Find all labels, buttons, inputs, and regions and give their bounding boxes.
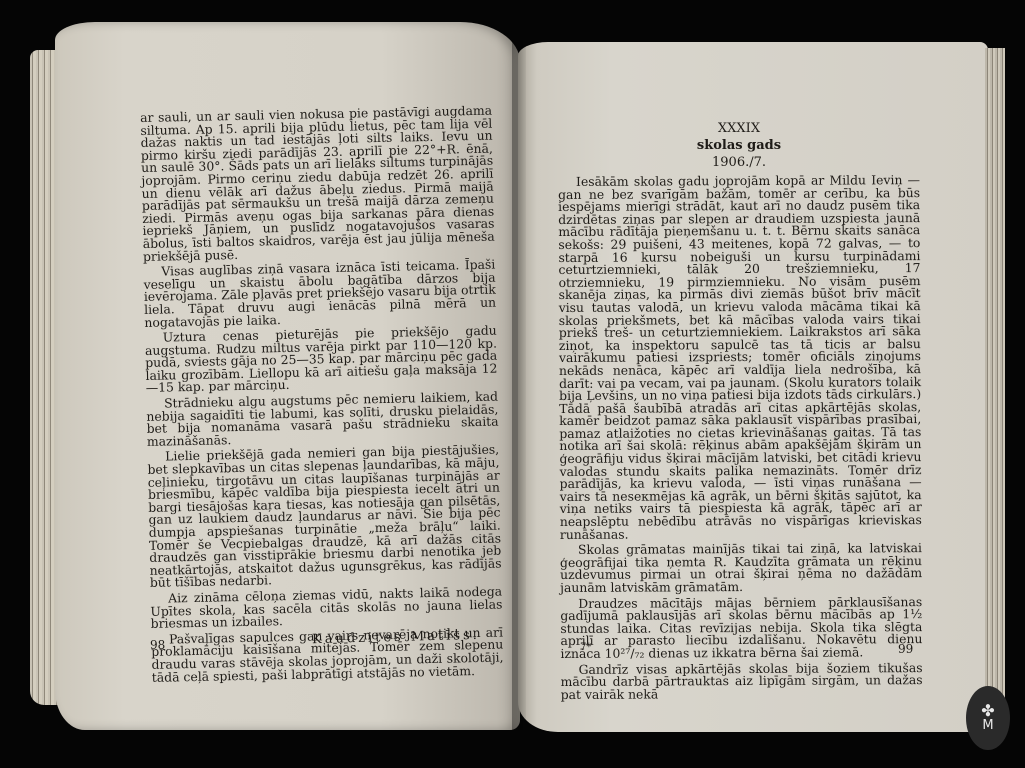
- chapter-year: 1906./7.: [558, 154, 920, 171]
- signature-mark: 7*: [580, 642, 591, 653]
- chapter-heading: XXXIX skolas gads 1906./7.: [558, 120, 920, 171]
- paragraph: ar sauli, un ar sauli vien nokusa pie pa…: [140, 105, 495, 263]
- paragraph: Strādnieku algu augstums pēc nemieru lai…: [146, 391, 499, 449]
- paragraph: Skolas grāmatas mainījās tikai tai ziņā,…: [560, 542, 922, 594]
- paragraph: Visas auglības ziņā vasara iznāca īsti t…: [143, 259, 496, 329]
- right-page-text: Iesākām skolas gadu joprojām kopā ar Mil…: [558, 174, 923, 704]
- flower-monogram-icon: ✤: [981, 703, 994, 719]
- left-page-text: ar sauli, un ar sauli vien nokusa pie pa…: [140, 105, 504, 687]
- spine-gutter: [512, 40, 526, 730]
- watermark-monogram: M: [982, 719, 993, 733]
- paragraph: Iesākām skolas gadu joprojām kopā ar Mil…: [558, 174, 922, 541]
- open-book: ar sauli, un ar sauli vien nokusa pie pa…: [0, 0, 1025, 768]
- chapter-number: XXXIX: [558, 120, 920, 137]
- paragraph: Gandrīz visas apkārtējās skolas bija šoz…: [561, 662, 923, 702]
- watermark-badge: ✤ M: [966, 686, 1010, 750]
- paragraph: Draudzes mācītājs mājas bērniem pārklaus…: [560, 596, 922, 661]
- chapter-title: skolas gads: [558, 137, 920, 154]
- paragraph: Aiz zināma cēloņa ziemas vidū, nakts lai…: [150, 585, 503, 630]
- right-page-stack: [985, 48, 1005, 728]
- left-page-number: 98: [150, 638, 165, 652]
- right-page-number: 99: [898, 642, 913, 656]
- paragraph: Lielie priekšējā gada nemieri gan bija p…: [147, 444, 502, 590]
- paragraph: Uztura cenas pieturējās pie priekšējo ga…: [145, 325, 498, 395]
